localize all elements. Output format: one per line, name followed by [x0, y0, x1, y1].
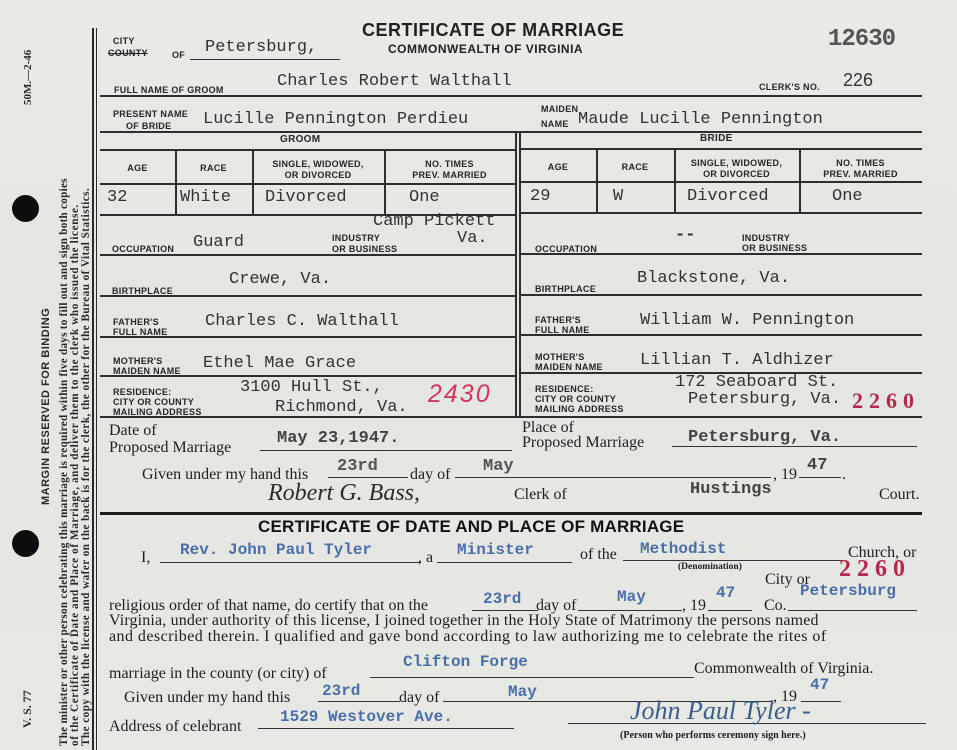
- groom-residence-line-1: 3100 Hull St.,: [240, 378, 383, 397]
- bride-col-rule-1: [596, 148, 598, 212]
- rule-groom-occupation: [100, 254, 515, 256]
- county-underline: [370, 677, 694, 678]
- groom-age: 32: [107, 188, 127, 207]
- groom-occupation: Guard: [193, 233, 244, 252]
- certificate-given-text: Given under my hand this: [124, 689, 290, 707]
- bride-maiden-name: Maude Lucille Pennington: [578, 110, 823, 129]
- clerk-of-label: Clerk of: [514, 486, 567, 504]
- city-underline: [190, 59, 340, 60]
- groom-status-header-2: OR DIVORCED: [252, 170, 384, 180]
- rule-bride-title: [520, 148, 922, 150]
- rule-groom-birthplace: [100, 295, 515, 297]
- of-label: OF: [172, 50, 185, 60]
- bride-birthplace: Blackstone, Va.: [637, 269, 790, 288]
- date-label-2: Proposed Marriage: [109, 439, 231, 457]
- bride-present-name-label-2: OF BRIDE: [126, 121, 171, 131]
- license-day-underline: [328, 477, 408, 478]
- groom-status: Divorced: [265, 188, 347, 207]
- rule-groom-father: [100, 336, 515, 338]
- license-period: .: [842, 466, 846, 484]
- bride-industry-label-1: INDUSTRY: [742, 233, 790, 243]
- groom-race-header: RACE: [175, 163, 252, 173]
- of-the-label: of the: [580, 546, 617, 564]
- groom-industry-label-2: OR BUSINESS: [332, 244, 397, 254]
- officiant-underline: [160, 562, 420, 563]
- rule-section-break: [100, 512, 922, 515]
- groom-full-name-label: FULL NAME OF GROOM: [114, 85, 224, 95]
- groom-full-name: Charles Robert Walthall: [277, 72, 512, 91]
- license-year-underline: [799, 477, 841, 478]
- certificate-city-value: Petersburg: [800, 582, 896, 600]
- punch-hole-bottom: [12, 530, 39, 557]
- denomination-value: Methodist: [640, 540, 726, 558]
- vs-number: V. S. 77: [20, 690, 35, 728]
- rule-bride-values: [520, 212, 922, 214]
- bride-times-header-2: PREV. MARRIED: [799, 169, 922, 179]
- clerk-signature: Robert G. Bass,: [268, 480, 420, 507]
- proposed-place-value: Petersburg, Va.: [688, 428, 841, 447]
- marriage-certificate-page: 50M.—2-46 V. S. 77 MARGIN RESERVED FOR B…: [0, 0, 957, 750]
- instruction-line-3: The copy with the license and wafer on t…: [80, 188, 92, 746]
- groom-residence-code: 2430: [428, 380, 492, 409]
- groom-mother-label-1: MOTHER'S: [113, 356, 163, 366]
- place-label-2: Proposed Marriage: [522, 434, 644, 452]
- rule-bride-name: [100, 131, 922, 133]
- document-subtitle: COMMONWEALTH OF VIRGINIA: [388, 42, 583, 56]
- bride-col-rule-2: [674, 148, 676, 212]
- groom-section-title: GROOM: [280, 135, 320, 145]
- clerks-no-value: 226: [843, 70, 873, 91]
- address-underline: [258, 728, 514, 729]
- proposed-date-value: May 23,1947.: [277, 429, 399, 448]
- license-month-underline: [455, 477, 771, 478]
- groom-age-header: AGE: [100, 163, 175, 173]
- groom-mother: Ethel Mae Grace: [203, 354, 356, 373]
- bride-present-name-label-1: PRESENT NAME: [113, 109, 188, 119]
- city-label: CITY: [113, 36, 135, 46]
- punch-hole-top: [12, 195, 39, 222]
- margin-rule-1: [92, 28, 94, 750]
- groom-industry-label-1: INDUSTRY: [332, 233, 380, 243]
- bride-age: 29: [530, 187, 550, 206]
- certificate-section-title: CERTIFICATE OF DATE AND PLACE OF MARRIAG…: [258, 517, 684, 537]
- court-label: Court.: [879, 486, 919, 504]
- bride-birthplace-label: BIRTHPLACE: [535, 284, 596, 294]
- margin-reserved-label: MARGIN RESERVED FOR BINDING: [40, 308, 52, 505]
- bride-mother-label-1: MOTHER'S: [535, 352, 585, 362]
- binding-margin: 50M.—2-46 V. S. 77 MARGIN RESERVED FOR B…: [0, 0, 96, 750]
- rule-groom-title: [100, 149, 515, 151]
- certificate-given-month: May: [508, 683, 537, 701]
- bride-residence-label-3: MAILING ADDRESS: [535, 404, 624, 414]
- groom-status-header-1: SINGLE, WIDOWED,: [252, 159, 384, 169]
- bride-residence-label-2: CITY OR COUNTY: [535, 394, 616, 404]
- groom-col-rule-1: [175, 149, 177, 214]
- rule-bride-father: [520, 334, 922, 336]
- rule-groom-name: [100, 95, 922, 97]
- court-name: Hustings: [690, 480, 772, 499]
- form-code: 50M.—2-46: [22, 50, 34, 105]
- groom-race: White: [180, 188, 231, 207]
- bride-race-header: RACE: [596, 162, 674, 172]
- margin-rule-2: [96, 28, 97, 750]
- marriage-month: May: [617, 588, 646, 606]
- address-label: Address of celebrant: [109, 718, 241, 736]
- groom-occupation-label: OCCUPATION: [112, 244, 174, 254]
- denomination-caption: (Denomination): [678, 562, 742, 572]
- marriage-county-value: Clifton Forge: [403, 653, 528, 671]
- certificate-given-day: 23rd: [322, 682, 360, 700]
- license-year-prefix: , 19: [773, 466, 797, 484]
- bride-times-header-1: NO. TIMES: [799, 158, 922, 168]
- officiant-name: Rev. John Paul Tyler: [180, 541, 372, 559]
- bride-race: W: [613, 187, 623, 206]
- city-value: Petersburg,: [205, 38, 317, 57]
- bride-status: Divorced: [687, 187, 769, 206]
- bride-residence-code: 2260: [852, 388, 920, 414]
- bride-industry-label-2: OR BUSINESS: [742, 243, 807, 253]
- groom-industry-line-2: Va.: [457, 229, 488, 248]
- certificate-city-code: 2260: [839, 556, 911, 583]
- officiant-title: Minister: [457, 541, 534, 559]
- certificate-given-year: 47: [810, 676, 829, 694]
- marriage-day-underline: [472, 610, 538, 611]
- groom-times-header-1: NO. TIMES: [384, 159, 515, 169]
- title-underline: [437, 562, 572, 563]
- groom-birthplace: Crewe, Va.: [229, 270, 331, 289]
- bride-mother: Lillian T. Aldhizer: [640, 351, 834, 370]
- bride-residence-label-1: RESIDENCE:: [535, 384, 594, 394]
- marriage-year: 47: [716, 584, 735, 602]
- bride-age-header: AGE: [520, 162, 596, 172]
- clerks-no-label: CLERK'S NO.: [759, 82, 820, 92]
- bride-status-header-1: SINGLE, WIDOWED,: [674, 158, 799, 168]
- maiden-label-1: MAIDEN: [541, 104, 578, 114]
- i-label: I,: [141, 549, 150, 567]
- rule-bride-birthplace: [520, 294, 922, 296]
- license-given-year: 47: [807, 456, 827, 475]
- bride-occupation: --: [675, 226, 695, 245]
- a-label: , a: [418, 549, 433, 567]
- license-given-day: 23rd: [337, 457, 378, 476]
- groom-col-rule-2: [252, 149, 254, 214]
- bride-status-header-2: OR DIVORCED: [674, 169, 799, 179]
- certificate-paragraph-line-2: and described therein. I qualified and g…: [109, 628, 827, 646]
- certificate-number: 12630: [828, 26, 895, 53]
- groom-father: Charles C. Walthall: [205, 312, 399, 331]
- bride-residence-line-2: Petersburg, Va.: [688, 390, 841, 409]
- signature-caption: (Person who performs ceremony sign here.…: [620, 730, 806, 741]
- bride-father: William W. Pennington: [640, 311, 854, 330]
- license-given-month: May: [483, 457, 514, 476]
- bride-section-title: BRIDE: [700, 134, 733, 144]
- certificate-given-day-of: day of: [399, 689, 439, 707]
- officiant-signature: John Paul Tyler -: [630, 696, 811, 726]
- groom-times-header-2: PREV. MARRIED: [384, 170, 515, 180]
- certificate-day-underline: [318, 701, 400, 702]
- celebrant-address: 1529 Westover Ave.: [280, 708, 453, 726]
- groom-residence-label-2: CITY OR COUNTY: [113, 397, 194, 407]
- document-title: CERTIFICATE OF MARRIAGE: [362, 20, 624, 41]
- bride-col-rule-3: [799, 148, 801, 212]
- groom-bride-divider-1: [515, 131, 517, 416]
- groom-col-rule-3: [384, 149, 386, 214]
- commonwealth-label: Commonwealth of Virginia.: [694, 660, 873, 678]
- rule-bride-headers: [520, 181, 922, 183]
- county-text: marriage in the county (or city) of: [109, 665, 327, 683]
- co-underline: [788, 610, 917, 611]
- place-underline: [672, 446, 917, 447]
- groom-father-label-1: FATHER'S: [113, 317, 159, 327]
- marriage-year-underline: [708, 610, 752, 611]
- date-underline: [260, 450, 512, 451]
- marriage-day: 23rd: [483, 590, 521, 608]
- denomination-underline: [623, 560, 843, 561]
- groom-residence-line-2: Richmond, Va.: [275, 398, 408, 417]
- maiden-label-2: NAME: [541, 119, 569, 129]
- rule-bride-occupation: [520, 253, 922, 255]
- bride-times-married: One: [832, 187, 863, 206]
- groom-residence-label-1: RESIDENCE:: [113, 387, 172, 397]
- marriage-month-underline: [578, 610, 682, 611]
- county-label-struck: COUNTY: [108, 48, 148, 58]
- rule-groom-headers: [100, 183, 515, 185]
- bride-mother-label-2: MAIDEN NAME: [535, 362, 603, 372]
- bride-present-name: Lucille Pennington Perdieu: [203, 110, 468, 129]
- groom-times-married: One: [409, 188, 440, 207]
- date-label-1: Date of: [109, 422, 157, 440]
- rule-groom-mother: [100, 375, 515, 377]
- rule-residence: [100, 416, 922, 418]
- bride-father-label-1: FATHER'S: [535, 315, 581, 325]
